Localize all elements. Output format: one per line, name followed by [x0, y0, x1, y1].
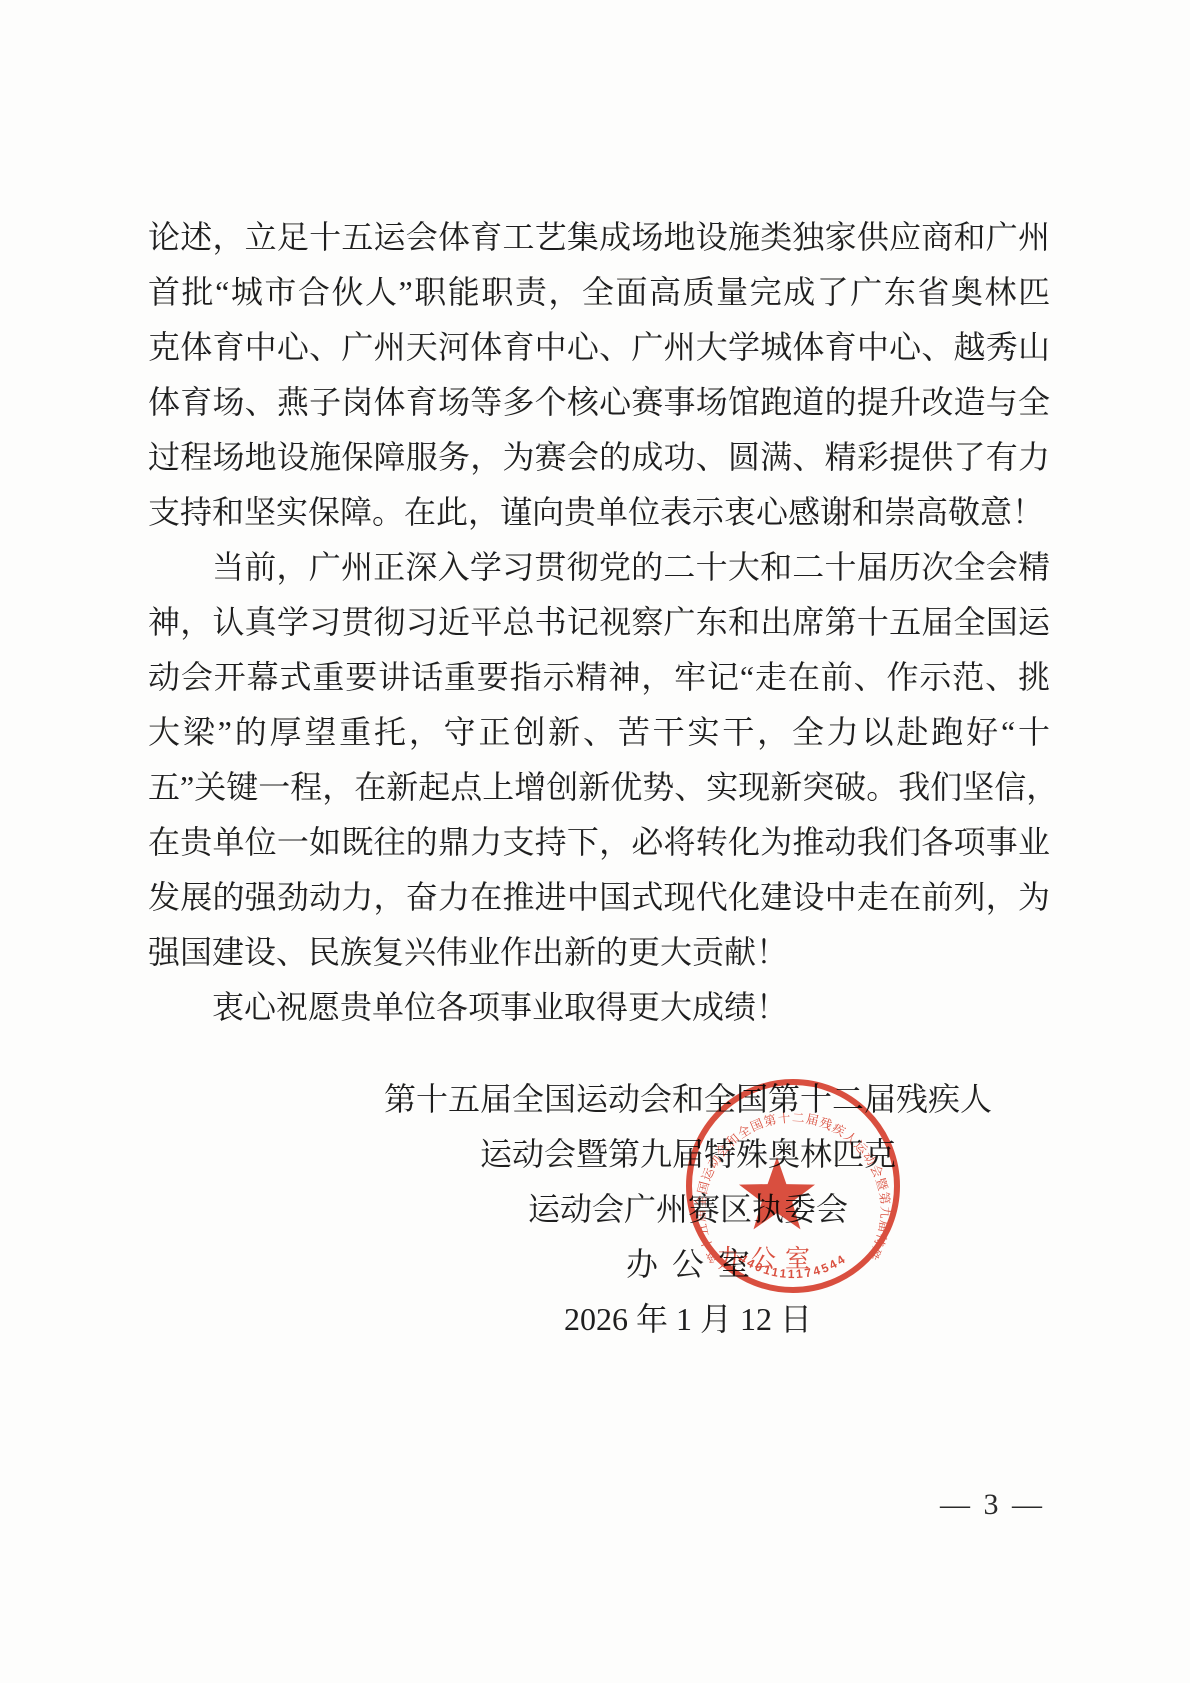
body-line: 动会开幕式重要讲话重要指示精神，牢记“走在前、作示范、挑 [148, 650, 1050, 705]
page-number: — 3 — [940, 1488, 1045, 1522]
signature-block: 第十五届全国运动会和全国第十二届残疾人 运动会暨第九届特殊奥林匹克 运动会广州赛… [378, 1072, 998, 1347]
signature-line: 第十五届全国运动会和全国第十二届残疾人 [378, 1072, 998, 1127]
body-line: 当前，广州正深入学习贯彻党的二十大和二十届历次全会精 [148, 540, 1050, 595]
body-line: 神，认真学习贯彻习近平总书记视察广东和出席第十五届全国运 [148, 595, 1050, 650]
body-line: 论述，立足十五运会体育工艺集成场地设施类独家供应商和广州 [148, 210, 1050, 265]
body-line: 大梁”的厚望重托，守正创新、苦干实干，全力以赴跑好“十 [148, 705, 1050, 760]
body-line: 克体育中心、广州天河体育中心、广州大学城体育中心、越秀山 [148, 320, 1050, 375]
letter-body: 论述，立足十五运会体育工艺集成场地设施类独家供应商和广州 首批“城市合伙人”职能… [148, 210, 1050, 1035]
body-line: 五”关键一程，在新起点上增创新优势、实现新突破。我们坚信， [148, 760, 1050, 815]
body-line: 发展的强劲动力，奋力在推进中国式现代化建设中走在前列，为 [148, 870, 1050, 925]
body-line: 支持和坚实保障。在此，谨向贵单位表示衷心感谢和崇高敬意！ [148, 485, 1050, 540]
body-line: 强国建设、民族复兴伟业作出新的更大贡献！ [148, 925, 1050, 980]
body-line: 首批“城市合伙人”职能职责，全面高质量完成了广东省奥林匹 [148, 265, 1050, 320]
body-line: 衷心祝愿贵单位各项事业取得更大成绩！ [148, 980, 1050, 1035]
signature-office-line: 办公室 [378, 1237, 998, 1292]
signature-date: 2026 年 1 月 12 日 [378, 1292, 998, 1347]
body-line: 在贵单位一如既往的鼎力支持下，必将转化为推动我们各项事业 [148, 815, 1050, 870]
signature-line: 运动会广州赛区执委会 [378, 1182, 998, 1237]
document-page: 论述，立足十五运会体育工艺集成场地设施类独家供应商和广州 首批“城市合伙人”职能… [0, 0, 1190, 1683]
body-line: 过程场地设施保障服务，为赛会的成功、圆满、精彩提供了有力 [148, 430, 1050, 485]
body-line: 体育场、燕子岗体育场等多个核心赛事场馆跑道的提升改造与全 [148, 375, 1050, 430]
signature-line: 运动会暨第九届特殊奥林匹克 [378, 1127, 998, 1182]
